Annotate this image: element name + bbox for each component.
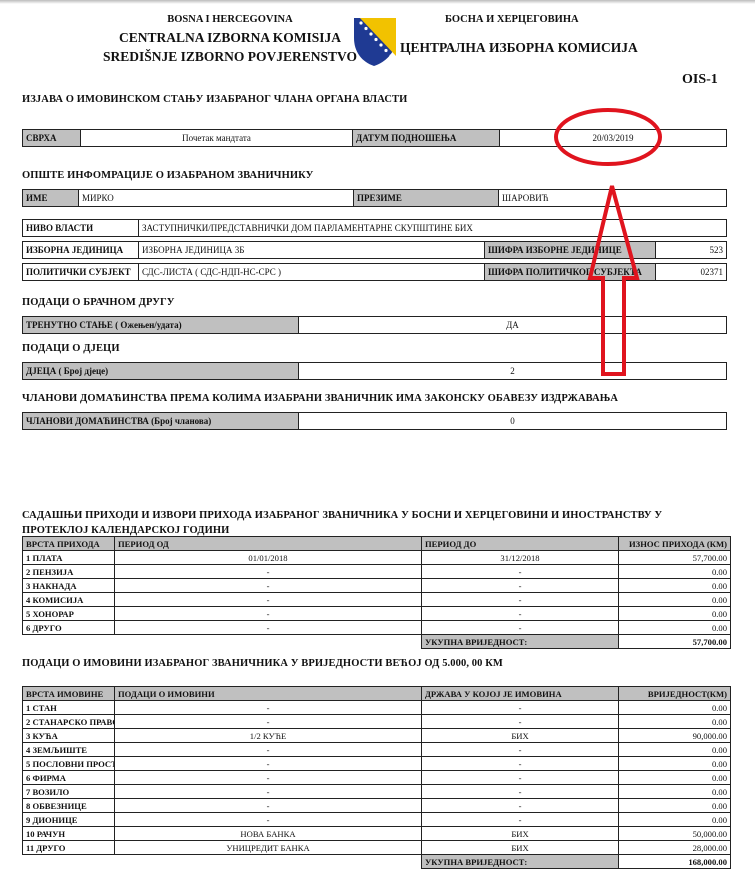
income-type: 4 КОМИСИЈА	[23, 593, 115, 607]
spouse-title: ПОДАЦИ О БРАЧНОМ ДРУГУ	[22, 297, 175, 308]
asset-value: 0.00	[619, 701, 731, 715]
blank-cell	[115, 855, 422, 869]
asset-country: -	[422, 785, 619, 799]
income-type: 2 ПЕНЗИЈА	[23, 565, 115, 579]
income-amount: 57,700.00	[619, 551, 731, 565]
viewer-top-edge	[0, 0, 755, 4]
asset-country: БИХ	[422, 827, 619, 841]
table-header-row: ВРСТА ПРИХОДАПЕРИОД ОДПЕРИОД ДОИЗНОС ПРИ…	[23, 537, 731, 551]
table-row: 11 ДРУГОУНИЦРЕДИТ БАНКАБИХ28,000.00	[23, 841, 731, 855]
asset-info: -	[115, 799, 422, 813]
table-row: 5 ХОНОРАР--0.00	[23, 607, 731, 621]
political-party-label: ПОЛИТИЧКИ СУБЈЕКТ	[23, 264, 139, 280]
table-row: 9 ДИОНИЦЕ--0.00	[23, 813, 731, 827]
asset-value: 50,000.00	[619, 827, 731, 841]
table-row: 4 ЗЕМЉИШТЕ--0.00	[23, 743, 731, 757]
column-header: ИЗНОС ПРИХОДА (КМ)	[619, 537, 731, 551]
column-header: ПЕРИОД ДО	[422, 537, 619, 551]
table-row: 4 КОМИСИЈА--0.00	[23, 593, 731, 607]
period-to: -	[422, 607, 619, 621]
asset-country: -	[422, 771, 619, 785]
asset-type: 2 СТАНАРСКО ПРАВО	[23, 715, 115, 729]
income-amount: 0.00	[619, 593, 731, 607]
period-to: -	[422, 593, 619, 607]
total-row: УКУПНА ВРИЈЕДНОСТ:168,000.00	[23, 855, 731, 869]
period-from: -	[115, 607, 422, 621]
table-row: 8 ОБВЕЗНИЦЕ--0.00	[23, 799, 731, 813]
period-to: 31/12/2018	[422, 551, 619, 565]
period-from: -	[115, 621, 422, 635]
income-type: 1 ПЛАТА	[23, 551, 115, 565]
asset-type: 8 ОБВЕЗНИЦЕ	[23, 799, 115, 813]
table-header-row: ВРСТА ИМОВИНЕПОДАЦИ О ИМОВИНИДРЖАВА У КО…	[23, 687, 731, 701]
header-latin: BOSNA I HERCEGOVINA CENTRALNA IZBORNA KO…	[100, 12, 360, 66]
total-value: 57,700.00	[619, 635, 731, 649]
form-code: OIS-1	[682, 72, 718, 88]
header-country-latin: BOSNA I HERCEGOVINA	[100, 12, 360, 28]
header-cyrillic: БОСНА И ХЕРЦЕГОВИНА ЦЕНТРАЛНА ИЗБОРНА КО…	[400, 12, 650, 57]
asset-info: НОВА БАНКА	[115, 827, 422, 841]
period-from: -	[115, 593, 422, 607]
income-title-line1: САДАШЊИ ПРИХОДИ И ИЗВОРИ ПРИХОДА ИЗАБРАН…	[22, 508, 662, 523]
asset-country: -	[422, 799, 619, 813]
asset-value: 0.00	[619, 813, 731, 827]
table-row: 5 ПОСЛОВНИ ПРОСТОР--0.00	[23, 757, 731, 771]
asset-info: -	[115, 785, 422, 799]
electoral-unit-row: ИЗБОРНА ЈЕДИНИЦА ИЗБОРНА ЈЕДИНИЦА 3Б ШИФ…	[22, 241, 727, 259]
income-table: ВРСТА ПРИХОДАПЕРИОД ОДПЕРИОД ДОИЗНОС ПРИ…	[22, 536, 731, 649]
column-header: ПЕРИОД ОД	[115, 537, 422, 551]
table-row: 6 ДРУГО--0.00	[23, 621, 731, 635]
spouse-label: ТРЕНУТНО СТАЊЕ ( Ожењен/удата)	[23, 317, 299, 333]
assets-title: ПОДАЦИ О ИМОВИНИ ИЗАБРАНОГ ЗВАНИЧНИКА У …	[22, 658, 503, 669]
general-info-title: ОПШТЕ ИНФОМРАЦИЈЕ О ИЗАБРАНОМ ЗВАНИЧНИКУ	[22, 170, 313, 181]
total-row: УКУПНА ВРИЈЕДНОСТ:57,700.00	[23, 635, 731, 649]
asset-type: 11 ДРУГО	[23, 841, 115, 855]
asset-value: 0.00	[619, 799, 731, 813]
asset-country: БИХ	[422, 729, 619, 743]
household-label: ЧЛАНОВИ ДОМАЋИНСТВА (Број чланова)	[23, 413, 299, 429]
blank-cell	[23, 855, 115, 869]
period-from: 01/01/2018	[115, 551, 422, 565]
last-name-value: ШАРОВИЋ	[499, 190, 726, 206]
political-party-code-value: 02371	[656, 264, 726, 280]
assets-table: ВРСТА ИМОВИНЕПОДАЦИ О ИМОВИНИДРЖАВА У КО…	[22, 686, 731, 869]
period-from: -	[115, 579, 422, 593]
asset-info: -	[115, 771, 422, 785]
asset-value: 28,000.00	[619, 841, 731, 855]
asset-country: -	[422, 757, 619, 771]
household-title: ЧЛАНОВИ ДОМАЋИНСТВА ПРЕМА КОЛИМА ИЗАБРАН…	[22, 393, 618, 404]
asset-type: 3 КУЋА	[23, 729, 115, 743]
income-amount: 0.00	[619, 565, 731, 579]
table-row: 1 СТАН--0.00	[23, 701, 731, 715]
asset-info: УНИЦРЕДИТ БАНКА	[115, 841, 422, 855]
first-name-value: МИРКО	[79, 190, 354, 206]
table-row: 3 КУЋА1/2 КУЋЕБИХ90,000.00	[23, 729, 731, 743]
header-commission-croatian: SREDIŠNJE IZBORNO POVJERENSTVO	[100, 47, 360, 66]
column-header: ДРЖАВА У КОЈОЈ ЈЕ ИМОВИНА	[422, 687, 619, 701]
asset-country: -	[422, 701, 619, 715]
income-type: 5 ХОНОРАР	[23, 607, 115, 621]
income-amount: 0.00	[619, 621, 731, 635]
period-to: -	[422, 565, 619, 579]
header-commission-cyrillic: ЦЕНТРАЛНА ИЗБОРНА КОМИСИЈА	[400, 38, 650, 57]
asset-info: -	[115, 743, 422, 757]
asset-type: 1 СТАН	[23, 701, 115, 715]
purpose-label: СВРХА	[23, 130, 81, 146]
submission-date-label: ДАТУМ ПОДНОШЕЊА	[353, 130, 500, 146]
period-to: -	[422, 579, 619, 593]
table-row: 2 СТАНАРСКО ПРАВО--0.00	[23, 715, 731, 729]
spouse-row: ТРЕНУТНО СТАЊЕ ( Ожењен/удата) ДА	[22, 316, 727, 334]
income-type: 6 ДРУГО	[23, 621, 115, 635]
asset-type: 5 ПОСЛОВНИ ПРОСТОР	[23, 757, 115, 771]
asset-country: БИХ	[422, 841, 619, 855]
asset-info: -	[115, 715, 422, 729]
income-amount: 0.00	[619, 579, 731, 593]
column-header: ВРИЈЕДНОСТ(КМ)	[619, 687, 731, 701]
asset-value: 0.00	[619, 771, 731, 785]
table-row: 10 РАЧУННОВА БАНКАБИХ50,000.00	[23, 827, 731, 841]
purpose-row: СВРХА Почетак мандтата ДАТУМ ПОДНОШЕЊА 2…	[22, 129, 727, 147]
asset-value: 0.00	[619, 715, 731, 729]
electoral-unit-code-value: 523	[656, 242, 726, 258]
electoral-unit-value: ИЗБОРНА ЈЕДИНИЦА 3Б	[139, 242, 485, 258]
asset-info: -	[115, 701, 422, 715]
total-label: УКУПНА ВРИЈЕДНОСТ:	[422, 855, 619, 869]
children-label: ДЈЕЦА ( Број дјеце)	[23, 363, 299, 379]
last-name-label: ПРЕЗИМЕ	[354, 190, 499, 206]
blank-cell	[115, 635, 422, 649]
household-value: 0	[299, 413, 726, 429]
first-name-label: ИМЕ	[23, 190, 79, 206]
asset-info: -	[115, 813, 422, 827]
political-party-code-label: ШИФРА ПОЛИТИЧКОГ СУБЈЕКТА	[485, 264, 656, 280]
column-header: ВРСТА ПРИХОДА	[23, 537, 115, 551]
asset-type: 10 РАЧУН	[23, 827, 115, 841]
document-title: ИЗЈАВА О ИМОВИНСКОМ СТАЊУ ИЗАБРАНОГ ЧЛАН…	[22, 94, 407, 105]
spouse-value: ДА	[299, 317, 726, 333]
asset-info: -	[115, 757, 422, 771]
asset-type: 7 ВОЗИЛО	[23, 785, 115, 799]
asset-value: 0.00	[619, 785, 731, 799]
political-party-value: СДС-ЛИСТА ( СДС-НДП-НС-СРС )	[139, 264, 485, 280]
asset-value: 90,000.00	[619, 729, 731, 743]
income-title: САДАШЊИ ПРИХОДИ И ИЗВОРИ ПРИХОДА ИЗАБРАН…	[22, 508, 662, 538]
government-level-value: ЗАСТУПНИЧКИ/ПРЕДСТАВНИЧКИ ДОМ ПАРЛАМЕНТА…	[139, 220, 726, 236]
table-row: 2 ПЕНЗИЈА--0.00	[23, 565, 731, 579]
table-row: 6 ФИРМА--0.00	[23, 771, 731, 785]
asset-info: 1/2 КУЋЕ	[115, 729, 422, 743]
electoral-unit-label: ИЗБОРНА ЈЕДИНИЦА	[23, 242, 139, 258]
header-country-cyrillic: БОСНА И ХЕРЦЕГОВИНА	[400, 12, 650, 28]
asset-country: -	[422, 743, 619, 757]
asset-type: 6 ФИРМА	[23, 771, 115, 785]
blank-cell	[23, 635, 115, 649]
asset-type: 4 ЗЕМЉИШТЕ	[23, 743, 115, 757]
table-row: 1 ПЛАТА01/01/201831/12/201857,700.00	[23, 551, 731, 565]
asset-value: 0.00	[619, 743, 731, 757]
asset-country: -	[422, 813, 619, 827]
submission-date-value: 20/03/2019	[500, 130, 726, 146]
electoral-unit-code-label: ШИФРА ИЗБОРНЕ ЈЕДИНИЦЕ	[485, 242, 656, 258]
income-amount: 0.00	[619, 607, 731, 621]
government-level-row: НИВО ВЛАСТИ ЗАСТУПНИЧКИ/ПРЕДСТАВНИЧКИ ДО…	[22, 219, 727, 237]
asset-value: 0.00	[619, 757, 731, 771]
children-value: 2	[299, 363, 726, 379]
period-to: -	[422, 621, 619, 635]
period-from: -	[115, 565, 422, 579]
total-label: УКУПНА ВРИЈЕДНОСТ:	[422, 635, 619, 649]
table-row: 7 ВОЗИЛО--0.00	[23, 785, 731, 799]
children-row: ДЈЕЦА ( Број дјеце) 2	[22, 362, 727, 380]
header-commission-latin: CENTRALNA IZBORNA KOMISIJA	[100, 28, 360, 47]
table-row: 3 НАКНАДА--0.00	[23, 579, 731, 593]
total-value: 168,000.00	[619, 855, 731, 869]
name-row: ИМЕ МИРКО ПРЕЗИМЕ ШАРОВИЋ	[22, 189, 727, 207]
column-header: ВРСТА ИМОВИНЕ	[23, 687, 115, 701]
purpose-value: Почетак мандтата	[81, 130, 353, 146]
asset-country: -	[422, 715, 619, 729]
children-title: ПОДАЦИ О ДЈЕЦИ	[22, 343, 120, 354]
political-party-row: ПОЛИТИЧКИ СУБЈЕКТ СДС-ЛИСТА ( СДС-НДП-НС…	[22, 263, 727, 281]
bih-coat-of-arms-icon	[352, 16, 398, 68]
asset-type: 9 ДИОНИЦЕ	[23, 813, 115, 827]
income-type: 3 НАКНАДА	[23, 579, 115, 593]
column-header: ПОДАЦИ О ИМОВИНИ	[115, 687, 422, 701]
household-row: ЧЛАНОВИ ДОМАЋИНСТВА (Број чланова) 0	[22, 412, 727, 430]
government-level-label: НИВО ВЛАСТИ	[23, 220, 139, 236]
